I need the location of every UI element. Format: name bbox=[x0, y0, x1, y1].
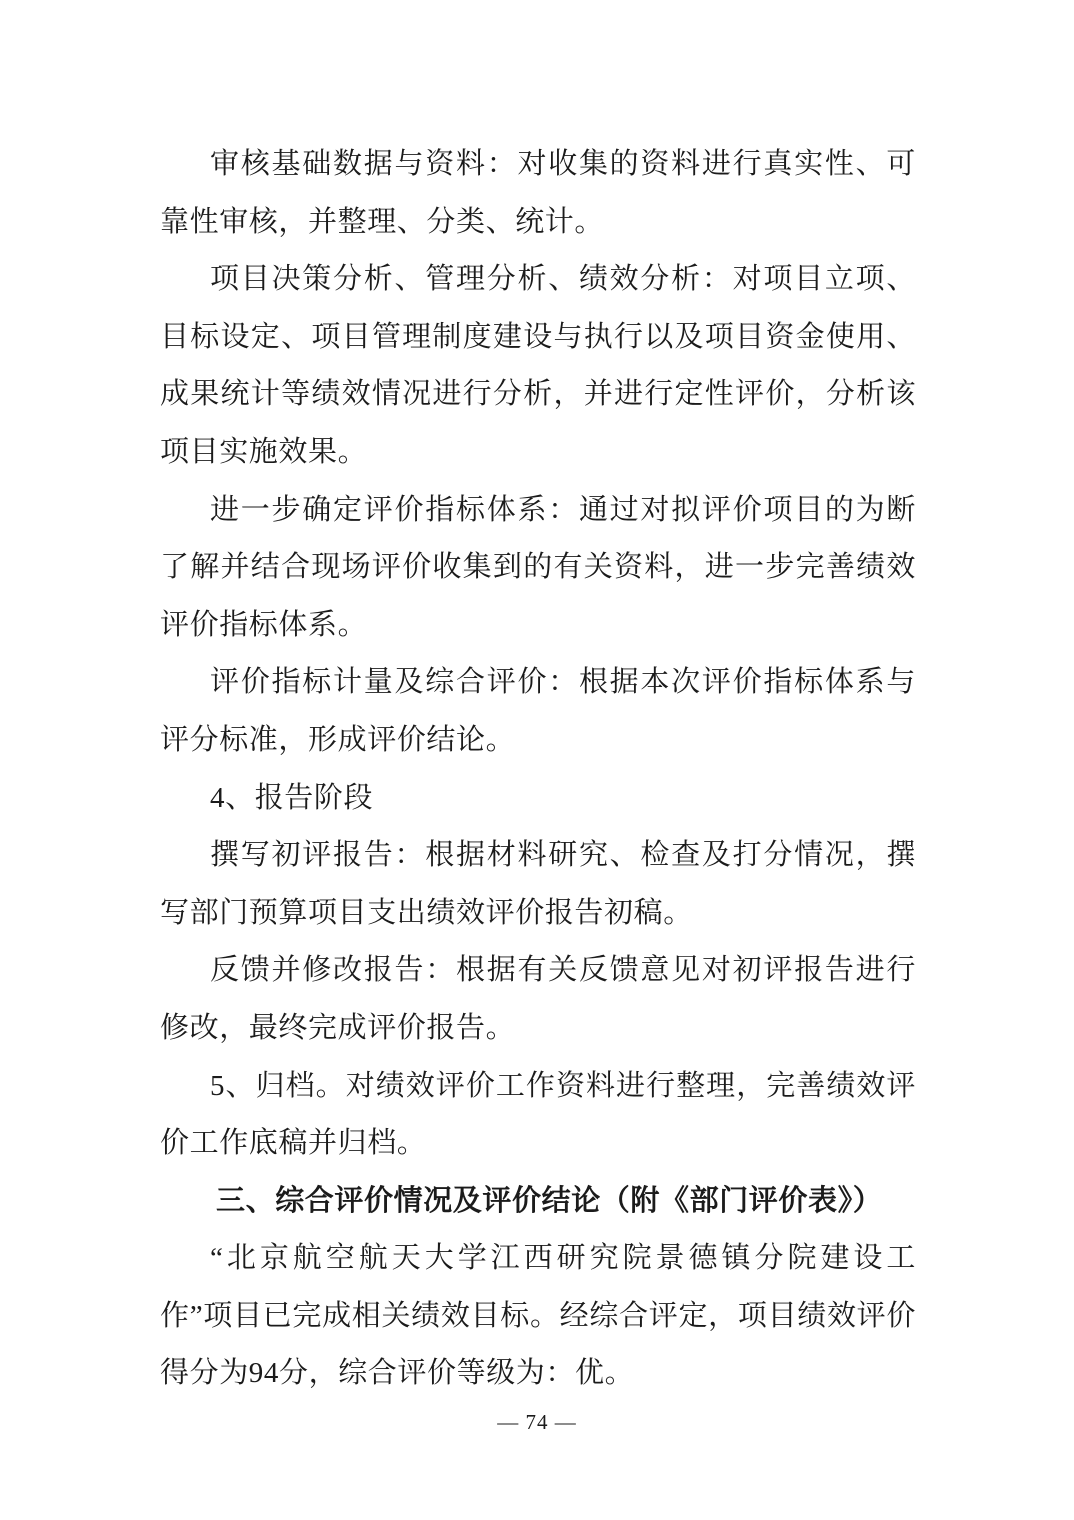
body-paragraph-report-stage: 4、报告阶段 bbox=[160, 770, 916, 828]
document-body: 审核基础数据与资料：对收集的资料进行真实性、可靠性审核，并整理、分类、统计。 项… bbox=[160, 136, 916, 1403]
body-paragraph-indicator-scoring: 评价指标计量及综合评价：根据本次评价指标体系与评分标准，形成评价结论。 bbox=[160, 654, 916, 769]
body-paragraph-indicator-system: 进一步确定评价指标体系：通过对拟评价项目的为断了解并结合现场评价收集到的有关资料… bbox=[160, 482, 916, 655]
body-paragraph-evaluation-result: “北京航空航天大学江西研究院景德镇分院建设工作”项目已完成相关绩效目标。经综合评… bbox=[160, 1230, 916, 1403]
body-paragraph-audit-data: 审核基础数据与资料：对收集的资料进行真实性、可靠性审核，并整理、分类、统计。 bbox=[160, 136, 916, 251]
section-heading-conclusion: 三、综合评价情况及评价结论（附《部门评价表》） bbox=[160, 1173, 916, 1231]
body-paragraph-project-analysis: 项目决策分析、管理分析、绩效分析：对项目立项、目标设定、项目管理制度建设与执行以… bbox=[160, 251, 916, 481]
page-number: — 74 — bbox=[0, 1410, 1074, 1435]
body-paragraph-feedback-revise: 反馈并修改报告：根据有关反馈意见对初评报告进行修改，最终完成评价报告。 bbox=[160, 942, 916, 1057]
body-paragraph-archiving: 5、归档。对绩效评价工作资料进行整理，完善绩效评价工作底稿并归档。 bbox=[160, 1058, 916, 1173]
document-page: 审核基础数据与资料：对收集的资料进行真实性、可靠性审核，并整理、分类、统计。 项… bbox=[0, 0, 1074, 1520]
body-paragraph-draft-report: 撰写初评报告：根据材料研究、检查及打分情况，撰写部门预算项目支出绩效评价报告初稿… bbox=[160, 827, 916, 942]
